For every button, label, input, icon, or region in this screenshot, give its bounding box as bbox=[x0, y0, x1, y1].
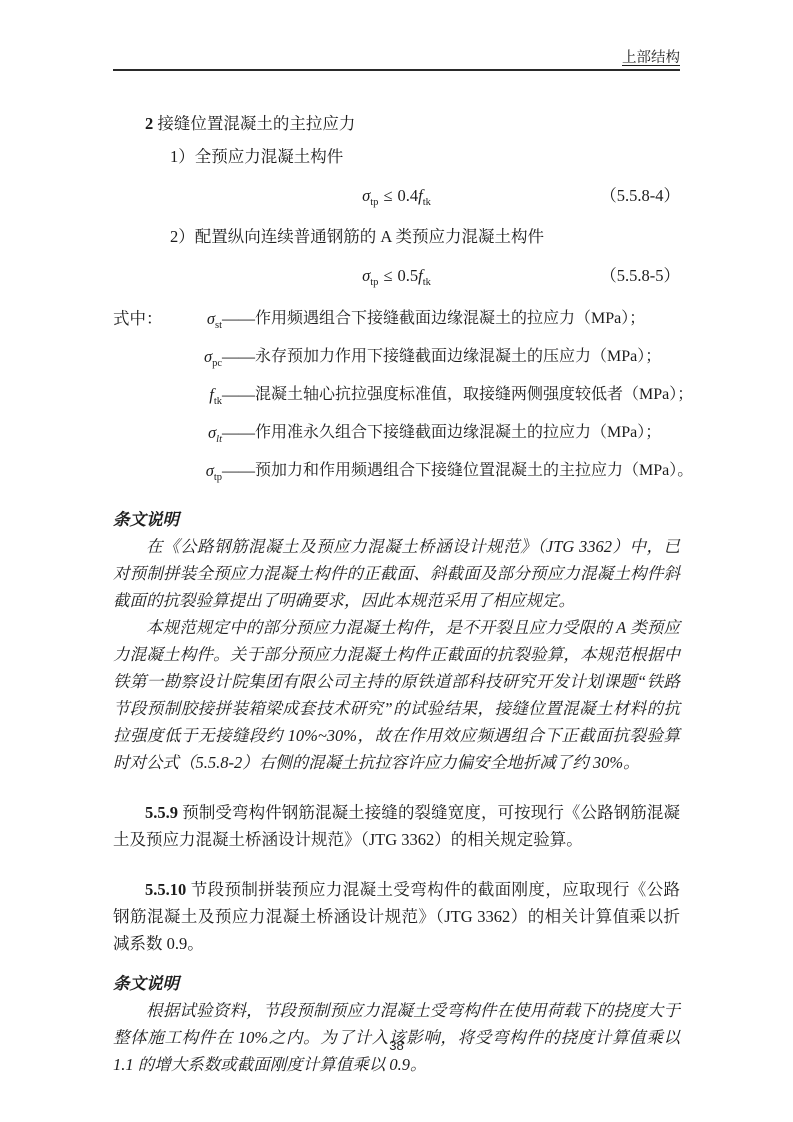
document-page: 上部结构 2 接缝位置混凝土的主拉应力 1）全预应力混凝土构件 σtp≤0.4f… bbox=[0, 0, 793, 1122]
page-content: 2 接缝位置混凝土的主拉应力 1）全预应力混凝土构件 σtp≤0.4ftk （5… bbox=[113, 96, 680, 1078]
definition-dash: —— bbox=[222, 341, 255, 379]
header-running-title: 上部结构 bbox=[622, 50, 680, 66]
equation-number: （5.5.8-4） bbox=[600, 182, 680, 209]
symbol-definition-row: σpc —— 永存预加力作用下接缝截面边缘混凝土的压应力（MPa）； bbox=[113, 341, 680, 379]
page-header: 上部结构 bbox=[113, 46, 680, 71]
clause-5510: 5.5.10 节段预制拼装预应力混凝土受弯构件的截面刚度，应取现行《公路钢筋混凝… bbox=[113, 876, 680, 957]
notes-heading: 条文说明 bbox=[113, 507, 680, 533]
clause-text: 节段预制拼装预应力混凝土受弯构件的截面刚度，应取现行《公路钢筋混凝土及预应力混凝… bbox=[113, 880, 680, 953]
clause-heading: 2 接缝位置混凝土的主拉应力 bbox=[113, 110, 680, 137]
definition-dash: —— bbox=[222, 303, 255, 341]
symbol-description: 作用频遇组合下接缝截面边缘混凝土的拉应力（MPa）； bbox=[255, 303, 645, 341]
clause-title: 接缝位置混凝土的主拉应力 bbox=[157, 114, 355, 133]
symbol-description: 预加力和作用频遇组合下接缝位置混凝土的主拉应力（MPa）。 bbox=[255, 455, 693, 493]
symbol-definition-row: 式中： σst —— 作用频遇组合下接缝截面边缘混凝土的拉应力（MPa）； bbox=[113, 303, 680, 341]
clause-559: 5.5.9 预制受弯构件钢筋混凝土接缝的裂缝宽度，可按现行《公路钢筋混凝土及预应… bbox=[113, 799, 680, 853]
definition-dash: —— bbox=[222, 417, 255, 455]
notes-heading: 条文说明 bbox=[113, 971, 680, 997]
notes-paragraph: 在《公路钢筋混凝土及预应力混凝土桥涵设计规范》（JTG 3362）中，已对预制拼… bbox=[113, 533, 680, 614]
clause-number: 5.5.10 bbox=[145, 880, 186, 899]
symbol-definition-row: σlt —— 作用准永久组合下接缝截面边缘混凝土的拉应力（MPa）； bbox=[113, 417, 680, 455]
sub-item-1: 1）全预应力混凝土构件 bbox=[113, 143, 680, 170]
clause-number: 2 bbox=[145, 114, 153, 133]
notes-paragraph: 本规范规定中的部分预应力混凝土构件，是不开裂且应力受限的 A 类预应力混凝土构件… bbox=[113, 614, 680, 776]
formula-coefficient: 0.4 bbox=[397, 186, 418, 205]
symbol-description: 混凝土轴心抗拉强度标准值，取接缝两侧强度较低者（MPa）； bbox=[255, 379, 693, 417]
formula-strength-subscript: tk bbox=[423, 197, 431, 208]
formula-coefficient: 0.5 bbox=[397, 266, 418, 285]
symbol: ftk bbox=[165, 379, 222, 417]
symbol: σlt bbox=[165, 417, 222, 455]
sub-item-2: 2）配置纵向连续普通钢筋的 A 类预应力混凝土构件 bbox=[113, 223, 680, 250]
formula-relation: ≤ bbox=[378, 266, 397, 285]
formula-strength-subscript: tk bbox=[423, 277, 431, 288]
symbol: σst bbox=[165, 303, 222, 341]
symbol: σtp bbox=[165, 455, 222, 493]
formula: σtp≤0.4ftk （5.5.8-4） bbox=[113, 182, 680, 209]
formula-relation: ≤ bbox=[378, 186, 397, 205]
definition-dash: —— bbox=[222, 379, 255, 417]
page-number: 38 bbox=[389, 1038, 403, 1053]
symbol-description: 永存预加力作用下接缝截面边缘混凝土的压应力（MPa）； bbox=[255, 341, 661, 379]
definition-dash: —— bbox=[222, 455, 255, 493]
symbol-description: 作用准永久组合下接缝截面边缘混凝土的拉应力（MPa）； bbox=[255, 417, 661, 455]
where-prefix: 式中： bbox=[113, 303, 165, 341]
equation-number: （5.5.8-5） bbox=[600, 262, 680, 289]
formula: σtp≤0.5ftk （5.5.8-5） bbox=[113, 262, 680, 289]
clause-number: 5.5.9 bbox=[145, 803, 178, 822]
symbol: σpc bbox=[165, 341, 222, 379]
clause-text: 预制受弯构件钢筋混凝土接缝的裂缝宽度，可按现行《公路钢筋混凝土及预应力混凝土桥涵… bbox=[113, 803, 680, 849]
symbol-definitions: 式中： σst —— 作用频遇组合下接缝截面边缘混凝土的拉应力（MPa）； σp… bbox=[113, 303, 680, 493]
page-footer: 38 bbox=[0, 1038, 793, 1053]
symbol-definition-row: σtp —— 预加力和作用频遇组合下接缝位置混凝土的主拉应力（MPa）。 bbox=[113, 455, 680, 493]
symbol-definition-row: ftk —— 混凝土轴心抗拉强度标准值，取接缝两侧强度较低者（MPa）； bbox=[113, 379, 680, 417]
